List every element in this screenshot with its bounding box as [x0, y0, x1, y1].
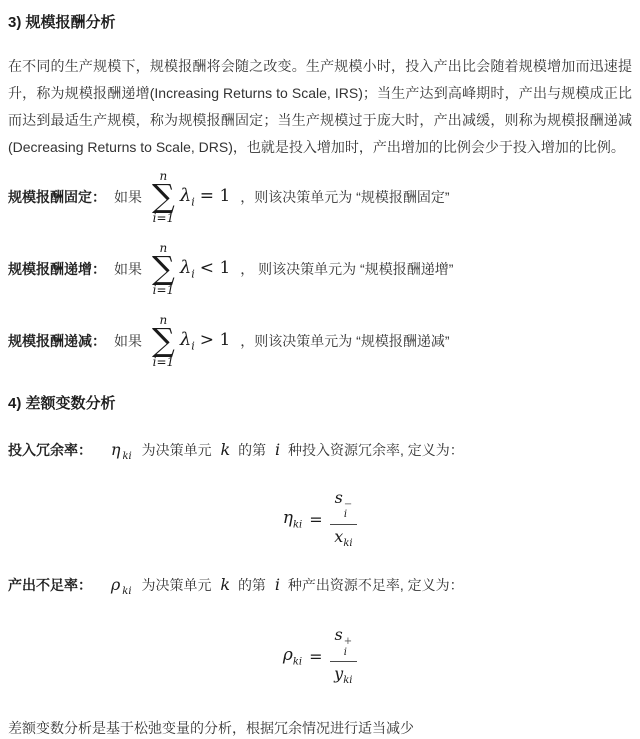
def-label-input-redundancy: 投入冗余率： [8, 442, 92, 458]
relation-value: > 1 [200, 330, 230, 350]
def-text: 的第 [238, 577, 266, 593]
summation-formula: n ∑ i=1 λi= 1 [152, 170, 230, 223]
returns-to-scale-intro-paragraph: 在不同的生产规模下，规模报酬将会随之改变。生产规模小时，投入产出比会随着规模增加… [8, 53, 632, 161]
def-text: 为决策单元 [141, 577, 211, 593]
fraction-numerator: s−i [330, 489, 358, 525]
equals-sign: = [309, 647, 322, 666]
rho-symbol: ρ [111, 575, 120, 594]
x-subscript: ki [343, 538, 352, 549]
lambda-subscript: i [191, 268, 195, 281]
rule-row-irs: 规模报酬递增： 如果 n ∑ i=1 λi< 1 ， 则该决策单元为 “规模报酬… [8, 241, 632, 297]
output-shortfall-definition: 产出不足率： ρki 为决策单元 k 的第 i 种产出资源不足率, 定义为： [8, 575, 632, 602]
sum-lower-limit: i=1 [153, 212, 175, 224]
eta-subscript: ki [293, 519, 302, 530]
summation-formula: n ∑ i=1 λi< 1 [152, 242, 230, 295]
relation-value: = 1 [200, 186, 230, 206]
subsup-stack: +i [344, 637, 352, 658]
lambda-expression: λi= 1 [180, 185, 230, 209]
slack-subscript: i [344, 510, 347, 521]
rule-prefix: 如果 [114, 331, 142, 351]
fraction: s−i xki [330, 489, 358, 550]
sigma-symbol: ∑ [152, 325, 175, 355]
rule-prefix: 如果 [114, 259, 142, 279]
fraction-denominator: yki [334, 662, 352, 687]
rule-suffix: ，则该决策单元为 “规模报酬递减” [240, 331, 449, 351]
rule-row-drs: 规模报酬递减： 如果 n ∑ i=1 λi> 1 ，则该决策单元为 “规模报酬递… [8, 313, 632, 369]
lambda-expression: λi< 1 [180, 257, 230, 281]
def-text: 为决策单元 [142, 442, 212, 458]
y-subscript: ki [343, 675, 352, 686]
subsup-stack: −i [344, 500, 352, 521]
k-symbol: k [220, 575, 230, 594]
slack-subscript: i [344, 648, 347, 659]
sigma-stack: n ∑ i=1 [152, 242, 175, 295]
rule-row-crs: 规模报酬固定： 如果 n ∑ i=1 λi= 1 ，则该决策单元为 “规模报酬固… [8, 169, 632, 225]
rule-suffix: ， 则该决策单元为 “规模报酬递增” [240, 259, 453, 279]
rule-label-crs: 规模报酬固定： [8, 187, 106, 207]
slack-symbol: s [335, 625, 343, 644]
def-text: 种投入资源冗余率, 定义为： [288, 442, 464, 458]
slack-symbol: s [335, 488, 343, 507]
input-redundancy-definition: 投入冗余率： ηki 为决策单元 k 的第 i 种投入资源冗余率, 定义为： [8, 440, 632, 467]
rule-suffix: ，则该决策单元为 “规模报酬固定” [240, 187, 449, 207]
eta-subscript: ki [122, 451, 131, 462]
sum-lower-limit: i=1 [153, 284, 175, 296]
x-symbol: x [334, 527, 343, 546]
sigma-stack: n ∑ i=1 [152, 314, 175, 367]
fraction-denominator: xki [334, 525, 352, 550]
lambda-symbol: λ [180, 329, 191, 350]
formula-lhs: ρki [283, 645, 302, 667]
sigma-symbol: ∑ [152, 253, 175, 283]
fraction: s+i yki [330, 626, 358, 687]
formula-lhs: ηki [283, 508, 302, 530]
i-symbol: i [275, 575, 280, 594]
def-text: 的第 [238, 442, 266, 458]
rule-label-irs: 规模报酬递增： [8, 259, 106, 279]
equals-sign: = [309, 510, 322, 529]
rule-prefix: 如果 [114, 187, 142, 207]
rho-subscript: ki [293, 657, 302, 668]
eta-symbol: η [111, 440, 121, 459]
rho-subscript: ki [122, 586, 131, 597]
def-label-output-shortfall: 产出不足率： [8, 577, 92, 593]
lambda-subscript: i [191, 196, 195, 209]
lambda-symbol: λ [180, 257, 191, 278]
rule-label-drs: 规模报酬递减： [8, 331, 106, 351]
k-symbol: k [221, 440, 231, 459]
i-symbol: i [275, 440, 280, 459]
sum-lower-limit: i=1 [153, 356, 175, 368]
eta-fraction-formula: ηki = s−i xki [8, 489, 632, 550]
fraction-numerator: s+i [330, 626, 358, 662]
sigma-symbol: ∑ [152, 181, 175, 211]
lambda-subscript: i [191, 340, 195, 353]
summation-formula: n ∑ i=1 λi> 1 [152, 314, 230, 367]
slack-analysis-note: 差额变数分析是基于松弛变量的分析，根据冗余情况进行适当减少 [8, 717, 632, 739]
relation-value: < 1 [200, 258, 230, 278]
rho-symbol: ρ [283, 645, 293, 665]
sigma-stack: n ∑ i=1 [152, 170, 175, 223]
eta-symbol: η [283, 508, 293, 528]
def-text: 种产出资源不足率, 定义为： [288, 577, 464, 593]
lambda-symbol: λ [180, 185, 191, 206]
section-4-heading: 4) 差额变数分析 [8, 393, 632, 414]
rho-fraction-formula: ρki = s+i yki [8, 626, 632, 687]
section-3-heading: 3) 规模报酬分析 [8, 12, 632, 33]
lambda-expression: λi> 1 [180, 329, 230, 353]
document-page: 3) 规模报酬分析 在不同的生产规模下，规模报酬将会随之改变。生产规模小时，投入… [0, 0, 640, 739]
y-symbol: y [334, 664, 343, 683]
